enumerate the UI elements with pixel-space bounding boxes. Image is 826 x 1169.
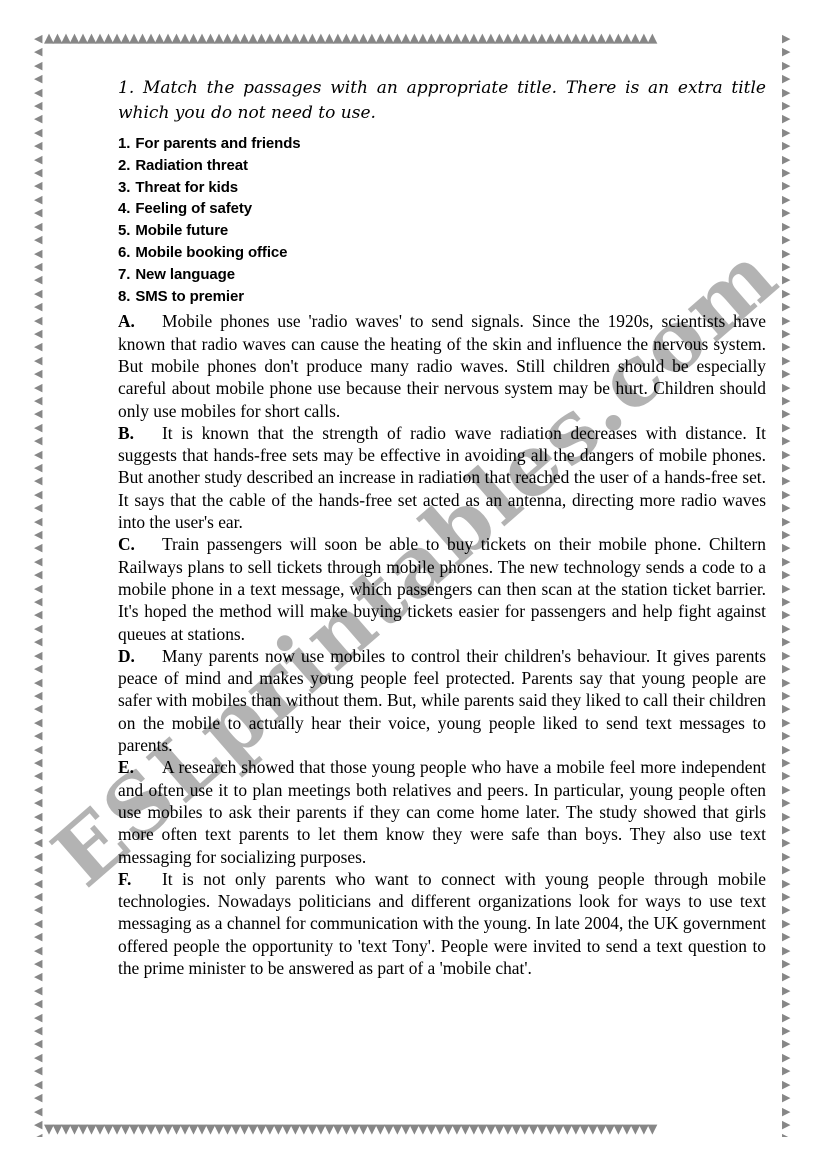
title-option: 5.Mobile future [118,220,766,242]
passage-e: E.A research showed that those young peo… [118,756,766,867]
passage-c: C.Train passengers will soon be able to … [118,533,766,644]
passage-a: A.Mobile phones use 'radio waves' to sen… [118,310,766,421]
title-option-number: 7. [118,266,130,283]
title-option: 7.New language [118,264,766,286]
title-option-label: Feeling of safety [135,200,252,217]
title-option-label: SMS to premier [135,288,244,305]
passage-f: F.It is not only parents who want to con… [118,868,766,979]
border-top-triangles: ▲▲▲▲▲▲▲▲▲▲▲▲▲▲▲▲▲▲▲▲▲▲▲▲▲▲▲▲▲▲▲▲▲▲▲▲▲▲▲▲… [44,32,792,46]
passage-text: A research showed that those young peopl… [118,757,766,866]
passage-d: D.Many parents now use mobiles to contro… [118,645,766,756]
title-option-number: 6. [118,244,130,261]
passage-label: B. [118,422,162,444]
title-option: 6.Mobile booking office [118,242,766,264]
title-option-label: For parents and friends [135,135,300,152]
passage-text: Mobile phones use 'radio waves' to send … [118,311,766,420]
passage-label: E. [118,756,162,778]
title-option: 4.Feeling of safety [118,198,766,220]
title-option-number: 1. [118,135,130,152]
passage-b: B.It is known that the strength of radio… [118,422,766,533]
title-option: 8.SMS to premier [118,286,766,308]
title-option-label: Mobile future [135,222,228,239]
worksheet-page: 1. Match the passages with an appropriat… [118,76,766,979]
title-option-label: Mobile booking office [135,244,287,261]
passage-label: F. [118,868,162,890]
title-option-number: 3. [118,179,130,196]
passage-label: C. [118,533,162,555]
passage-text: Train passengers will soon be able to bu… [118,534,766,643]
border-right-triangles: ▶▶▶▶▶▶▶▶▶▶▶▶▶▶▶▶▶▶▶▶▶▶▶▶▶▶▶▶▶▶▶▶▶▶▶▶▶▶▶▶… [782,32,795,1137]
title-options-list: 1.For parents and friends 2.Radiation th… [118,133,766,307]
task-instruction: 1. Match the passages with an appropriat… [118,76,766,126]
title-option-number: 2. [118,157,130,174]
title-option: 3.Threat for kids [118,177,766,199]
title-option: 2.Radiation threat [118,155,766,177]
passage-label: A. [118,310,162,332]
title-option-label: New language [135,266,235,283]
title-option: 1.For parents and friends [118,133,766,155]
passage-label: D. [118,645,162,667]
border-bottom-triangles: ▼▼▼▼▼▼▼▼▼▼▼▼▼▼▼▼▼▼▼▼▼▼▼▼▼▼▼▼▼▼▼▼▼▼▼▼▼▼▼▼… [44,1123,792,1137]
title-option-number: 5. [118,222,130,239]
title-option-number: 8. [118,288,130,305]
passage-text: Many parents now use mobiles to control … [118,646,766,755]
passage-text: It is known that the strength of radio w… [118,423,766,532]
passage-text: It is not only parents who want to conne… [118,869,766,978]
title-option-number: 4. [118,200,130,217]
border-left-triangles: ◀◀◀◀◀◀◀◀◀◀◀◀◀◀◀◀◀◀◀◀◀◀◀◀◀◀◀◀◀◀◀◀◀◀◀◀◀◀◀◀… [34,32,47,1137]
passages-section: A.Mobile phones use 'radio waves' to sen… [118,310,766,979]
title-option-label: Radiation threat [135,157,248,174]
title-option-label: Threat for kids [135,179,238,196]
